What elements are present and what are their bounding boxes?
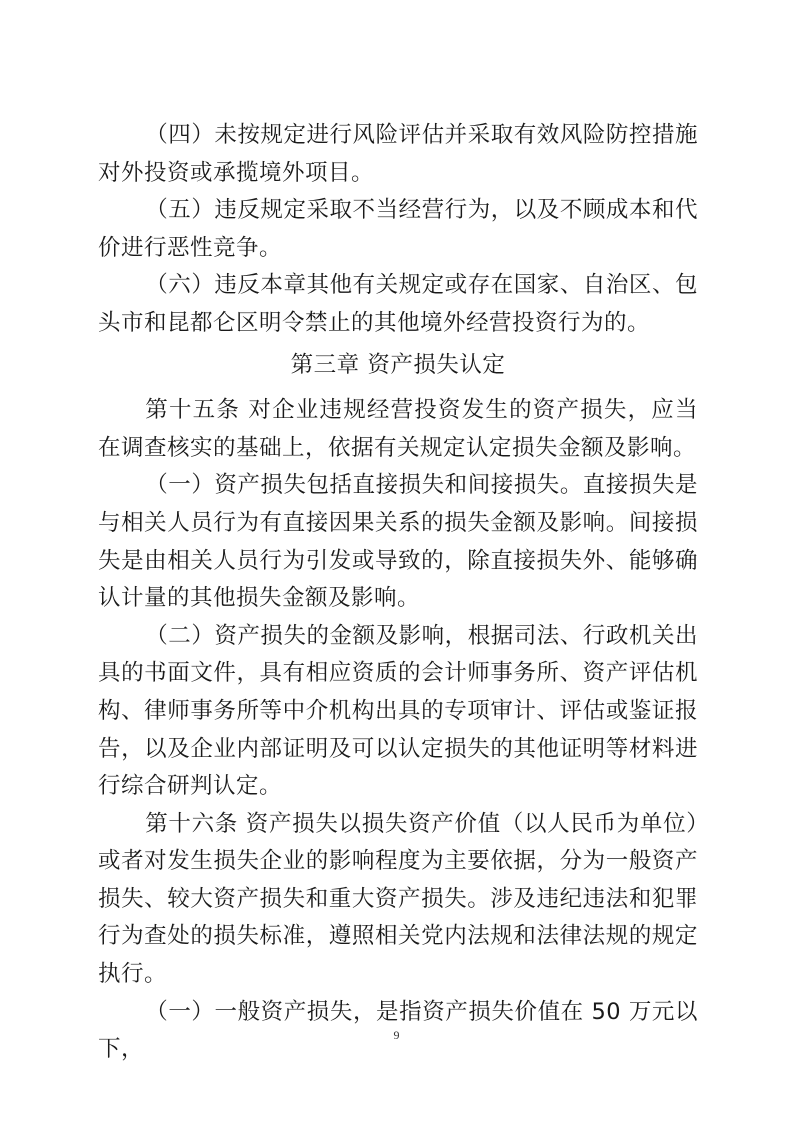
article-15-item-2: （二）资产损失的金额及影响，根据司法、行政机关出具的书面文件，具有相应资质的会计… xyxy=(98,618,698,806)
article-15: 第十五条 对企业违规经营投资发生的资产损失，应当在调查核实的基础上，依据有关规定… xyxy=(98,392,698,467)
article-15-item-1: （一）资产损失包括直接损失和间接损失。直接损失是与相关人员行为有直接因果关系的损… xyxy=(98,467,698,617)
paragraph-item-5: （五）违反规定采取不当经营行为，以及不顾成本和代价进行恶性竞争。 xyxy=(98,192,698,267)
paragraph-item-6: （六）违反本章其他有关规定或存在国家、自治区、包头市和昆都仑区明令禁止的其他境外… xyxy=(98,267,698,342)
chapter-heading: 第三章 资产损失认定 xyxy=(98,343,698,393)
paragraph-item-4: （四）未按规定进行风险评估并采取有效风险防控措施对外投资或承揽境外项目。 xyxy=(98,117,698,192)
article-16: 第十六条 资产损失以损失资产价值（以人民币为单位）或者对发生损失企业的影响程度为… xyxy=(98,806,698,994)
document-page: （四）未按规定进行风险评估并采取有效风险防控措施对外投资或承揽境外项目。 （五）… xyxy=(98,117,698,1069)
page-number: 9 xyxy=(0,1028,793,1043)
